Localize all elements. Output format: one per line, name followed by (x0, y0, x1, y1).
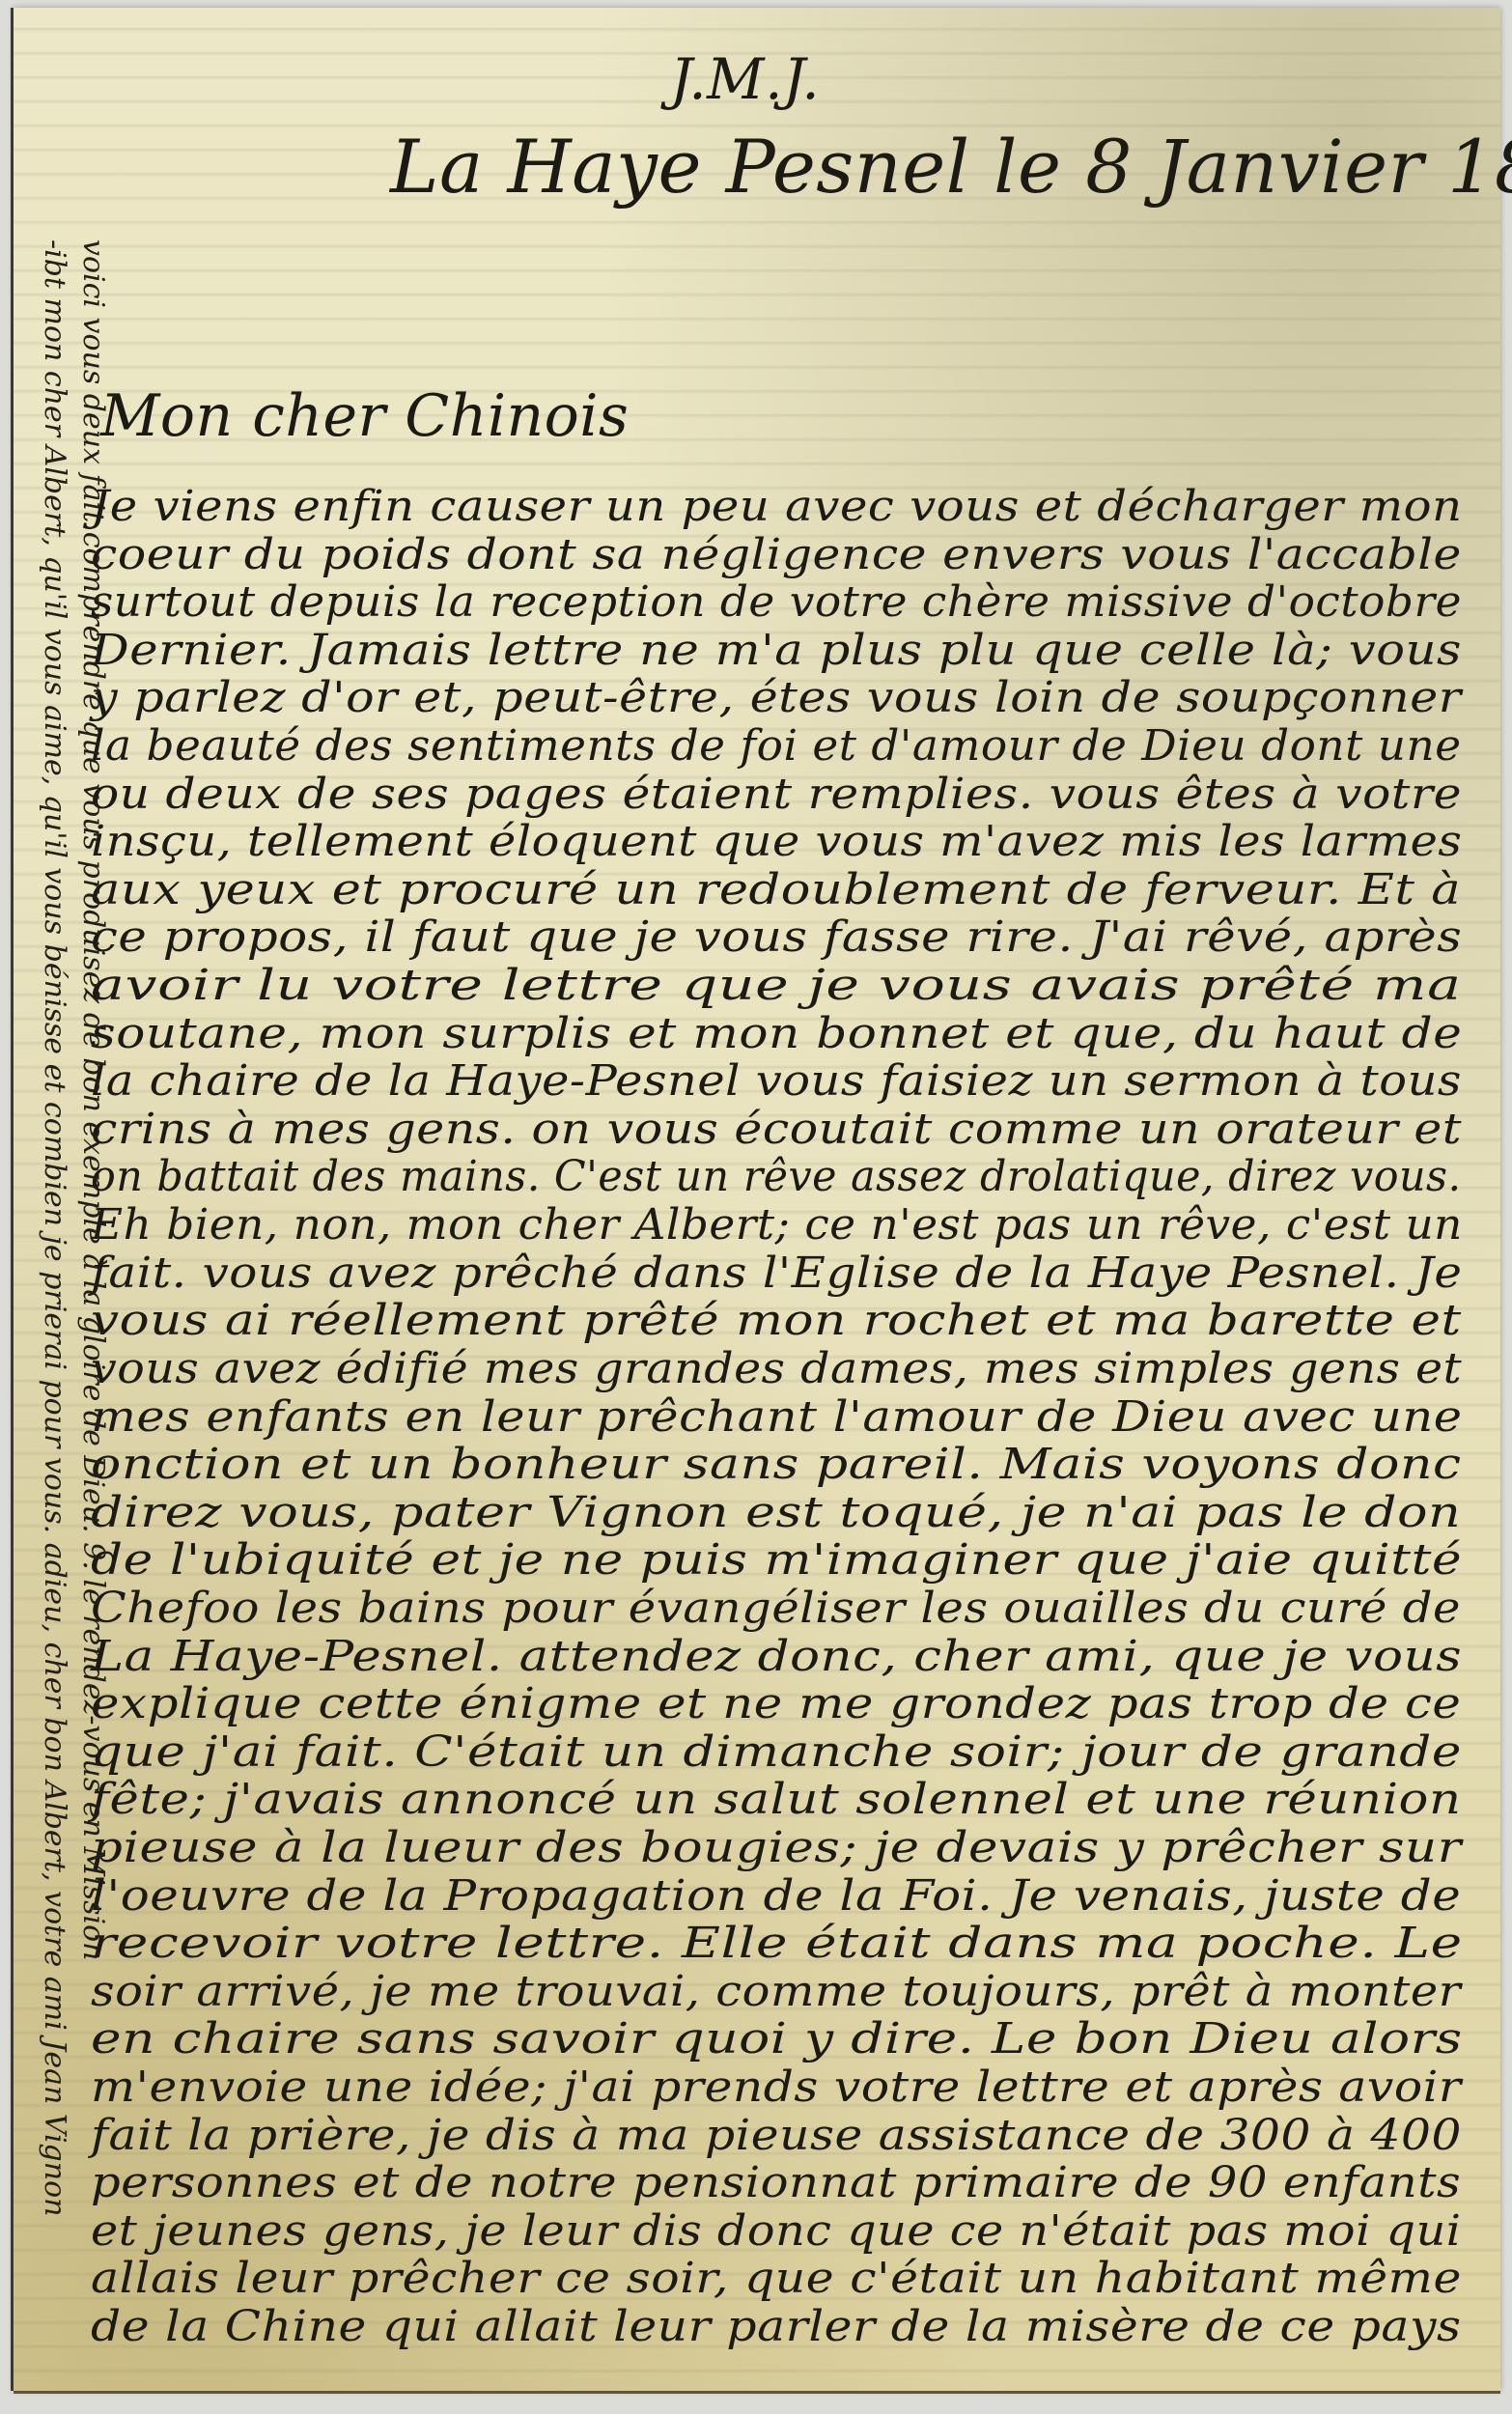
margin-note-line: -ibt mon cher Albert, qu'il vous aime, q… (35, 239, 73, 2402)
letter-line: La Haye-Pesnel. attendez donc, cher ami,… (91, 1632, 1462, 1681)
letter-line: personnes et de notre pensionnat primair… (91, 2158, 1461, 2207)
letter-line: y parlez d'or et, peut-être, étes vous l… (91, 673, 1462, 722)
letter-line: fête; j'avais annoncé un salut solennel … (91, 1775, 1462, 1824)
letter-line: Chefoo les bains pour évangéliser les ou… (91, 1584, 1461, 1633)
letter-line: l'oeuvre de la Propagation de la Foi. Je… (91, 1871, 1461, 1921)
letter-line: crins à mes gens. on vous écoutait comme… (91, 1105, 1462, 1154)
letter-line: m'envoie une idée; j'ai prends votre let… (91, 2063, 1462, 2112)
letter-line: fait. vous avez prêché dans l'Eglise de … (91, 1249, 1462, 1298)
letter-line: en chaire sans savoir quoi y dire. Le bo… (91, 2014, 1463, 2063)
letter-line: la beauté des sentiments de foi et d'amo… (91, 721, 1462, 771)
letter-line: explique cette énigme et ne me grondez p… (91, 1679, 1461, 1728)
letter-line: direz vous, pater Vignon est toqué, je n… (91, 1488, 1461, 1537)
salutation: Mon cher Chinois (100, 382, 629, 450)
letter-line: aux yeux et procuré un redoublement de f… (91, 865, 1461, 914)
letter-line: Eh bien, non, mon cher Albert; ce n'est … (91, 1200, 1463, 1249)
letter-line: coeur du poids dont sa négligence envers… (91, 530, 1462, 579)
letter-line: pieuse à la lueur des bougies; je devais… (91, 1823, 1462, 1872)
letter-line: insçu, tellement éloquent que vous m'ave… (91, 817, 1462, 866)
letter-line: mes enfants en leur prêchant l'amour de … (91, 1392, 1463, 1442)
margin-note-line: voici vous deux fait comprendre que vous… (73, 239, 112, 2402)
letter-paper: J.M.J. La Haye Pesnel le 8 Janvier 187_ … (14, 8, 1500, 2391)
letter-line: ce propos, il faut que je vous fasse rir… (91, 912, 1462, 962)
letter-line: vous ai réellement prêté mon rochet et m… (91, 1296, 1462, 1345)
letter-line: Je viens enfin causer un peu avec vous e… (91, 482, 1463, 531)
letter-line: de l'ubiquité et je ne puis m'imaginer q… (91, 1535, 1462, 1585)
letter-line: allais leur prêcher ce soir, que c'était… (91, 2254, 1462, 2303)
margin-note-vertical: voici vous deux fait comprendre que vous… (35, 239, 112, 2402)
letter-line: soir arrivé, je me trouvai, comme toujou… (91, 1967, 1461, 2016)
letter-line: recevoir votre lettre. Elle était dans m… (91, 1919, 1463, 1968)
letter-line: surtout depuis la reception de votre chè… (91, 577, 1462, 627)
letter-line: Dernier. Jamais lettre ne m'a plus plu q… (91, 626, 1462, 675)
letter-line: on battait des mains. C'est un rêve asse… (91, 1152, 1462, 1201)
letter-line: de la Chine qui allait leur parler de la… (91, 2302, 1462, 2351)
letter-line: que j'ai fait. C'était un dimanche soir;… (91, 1727, 1462, 1777)
letter-line: soutane, mon surplis et mon bonnet et qu… (91, 1009, 1462, 1058)
place-date-heading: La Haye Pesnel le 8 Janvier 187_ (390, 124, 1512, 210)
letter-line: la chaire de la Haye-Pesnel vous faisiez… (91, 1056, 1462, 1106)
letter-line: et jeunes gens, je leur dis donc que ce … (91, 2206, 1462, 2256)
letter-line: avoir lu votre lettre que je vous avais … (91, 961, 1462, 1010)
letter-line: onction et un bonheur sans pareil. Mais … (91, 1440, 1462, 1489)
letter-line: fait la prière, je dis à ma pieuse assis… (91, 2111, 1462, 2160)
invocation-jmj: J.M.J. (670, 46, 820, 112)
letter-line: vous avez édifié mes grandes dames, mes … (91, 1344, 1462, 1393)
letter-line: ou deux de ses pages étaient remplies. v… (91, 770, 1462, 819)
